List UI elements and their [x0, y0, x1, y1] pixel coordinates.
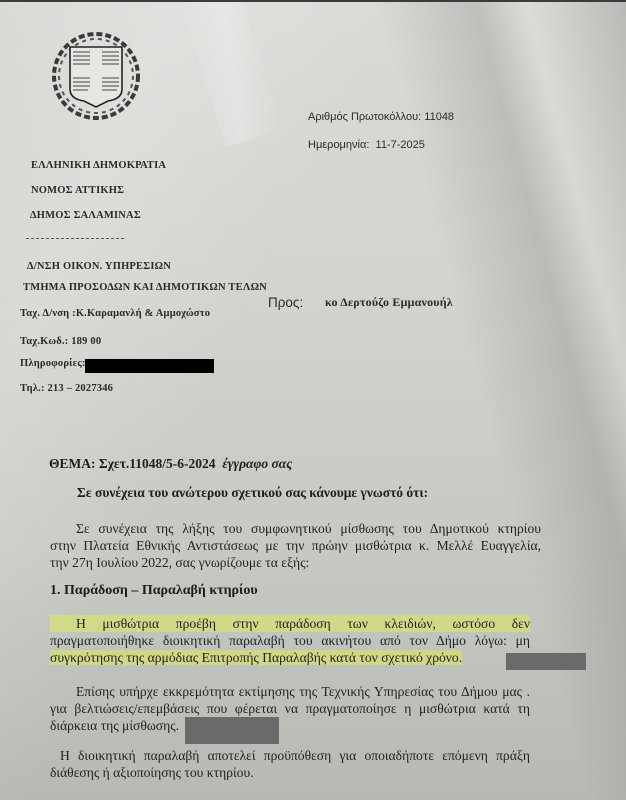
protocol-date-label: Ημερομηνία: [308, 139, 369, 151]
protocol-number-label: Αριθμός Πρωτοκόλλου: [308, 111, 421, 123]
protocol-date: Ημερομηνία: 11-7-2025 [308, 139, 425, 151]
paragraph-precondition: Η διοικητική παραλαβή αποτελεί προϋπόθεσ… [50, 747, 530, 781]
greek-coat-of-arms-icon [50, 29, 142, 123]
paragraph-pending-assessment: Επίσης υπήρχε εκκρεμότητα εκτίμησης της … [50, 683, 530, 734]
redacted-block-2 [185, 717, 279, 744]
paragraph-line: διάθεσης ή αξιοποίησης του κτηρίου. [50, 764, 530, 781]
paragraph-line: πραγματοποιήθηκε διοικητική παραλαβή του… [50, 632, 530, 649]
paragraph-line: για βελτιώσεις/επεμβάσεις που φέρεται να… [50, 700, 530, 717]
address: Ταχ. Δ/νση :Κ.Καραμανλή & Αμμοχώστο [20, 308, 210, 319]
highlighted-line: συγκρότησης της αρμόδιας Επιτροπής Παραλ… [50, 650, 462, 665]
protocol-number-value: 11048 [424, 111, 454, 123]
paragraph-lease-end: Σε συνέχεια της λήξης του συμφωνητικού μ… [50, 520, 541, 571]
highlighted-line: Η μισθώτρια προέβη στην παράδοση των κλε… [50, 615, 530, 632]
redacted-info-contact [85, 359, 214, 373]
paragraph-line: Η διοικητική παραλαβή αποτελεί προϋπόθεσ… [50, 747, 530, 764]
paragraph-line: Σε συνέχεια της λήξης του συμφωνητικού μ… [50, 520, 541, 537]
phone: Τηλ.: 213 – 2027346 [20, 383, 113, 394]
department: Δ/ΝΣΗ ΟΙΚΟΝ. ΥΠΗΡΕΣΙΩΝ [27, 261, 171, 272]
recipient-name: κο Δερτούζο Εμμανουήλ [325, 295, 453, 310]
section-1-title: 1. Παράδοση – Παραλαβή κτηρίου [50, 583, 258, 599]
paragraph-line: Επίσης υπήρχε εκκρεμότητα εκτίμησης της … [50, 683, 530, 700]
subject-text: έγγραφο σας [222, 456, 292, 471]
paragraph-handover: Η μισθώτρια προέβη στην παράδοση των κλε… [50, 615, 530, 666]
intro-sentence: Σε συνέχεια του ανώτερου σχετικού σας κά… [77, 485, 428, 501]
paragraph-line: την 27η Ιουλίου 2022, σας γνωρίζουμε τα … [50, 554, 541, 571]
sender-line-3: ΔΗΜΟΣ ΣΑΛΑΜΙΝΑΣ [30, 210, 141, 221]
sender-line-1: ΕΛΛΗΝΙΚΗ ΔΗΜΟΚΡΑΤΙΑ [31, 160, 166, 171]
section-name: ΤΜΗΜΑ ΠΡΟΣΟΔΩΝ ΚΑΙ ΔΗΜΟΤΙΚΩΝ ΤΕΛΩΝ [23, 282, 267, 293]
redacted-block-1 [506, 653, 586, 670]
paragraph-line: στην Πλατεία Εθνικής Αντιστάσεως με την … [50, 537, 541, 554]
subject-line: ΘΕΜΑ: Σχετ.11048/5-6-2024 έγγραφο σας [49, 456, 292, 472]
separator-line [26, 238, 124, 239]
info-label: Πληροφορίες: [20, 358, 86, 369]
sender-line-2: ΝΟΜΟΣ ΑΤΤΙΚΗΣ [31, 185, 124, 196]
postal-code: Ταχ.Κωδ.: 189 00 [20, 336, 101, 347]
paper-fold-shading [177, 2, 284, 147]
highlighted-line-wrap: συγκρότησης της αρμόδιας Επιτροπής Παραλ… [50, 649, 530, 666]
protocol-number: Αριθμός Πρωτοκόλλου: 11048 [308, 111, 454, 123]
subject-reference: Σχετ.11048/5-6-2024 [99, 456, 216, 471]
document-page: Αριθμός Πρωτοκόλλου: 11048 Ημερομηνία: 1… [0, 2, 626, 800]
paragraph-line: διάρκεια της μίσθωσης. [50, 717, 530, 734]
subject-label: ΘΕΜΑ: [49, 456, 96, 471]
recipient-label: Προς: [268, 295, 303, 310]
protocol-date-value: 11-7-2025 [376, 139, 425, 151]
